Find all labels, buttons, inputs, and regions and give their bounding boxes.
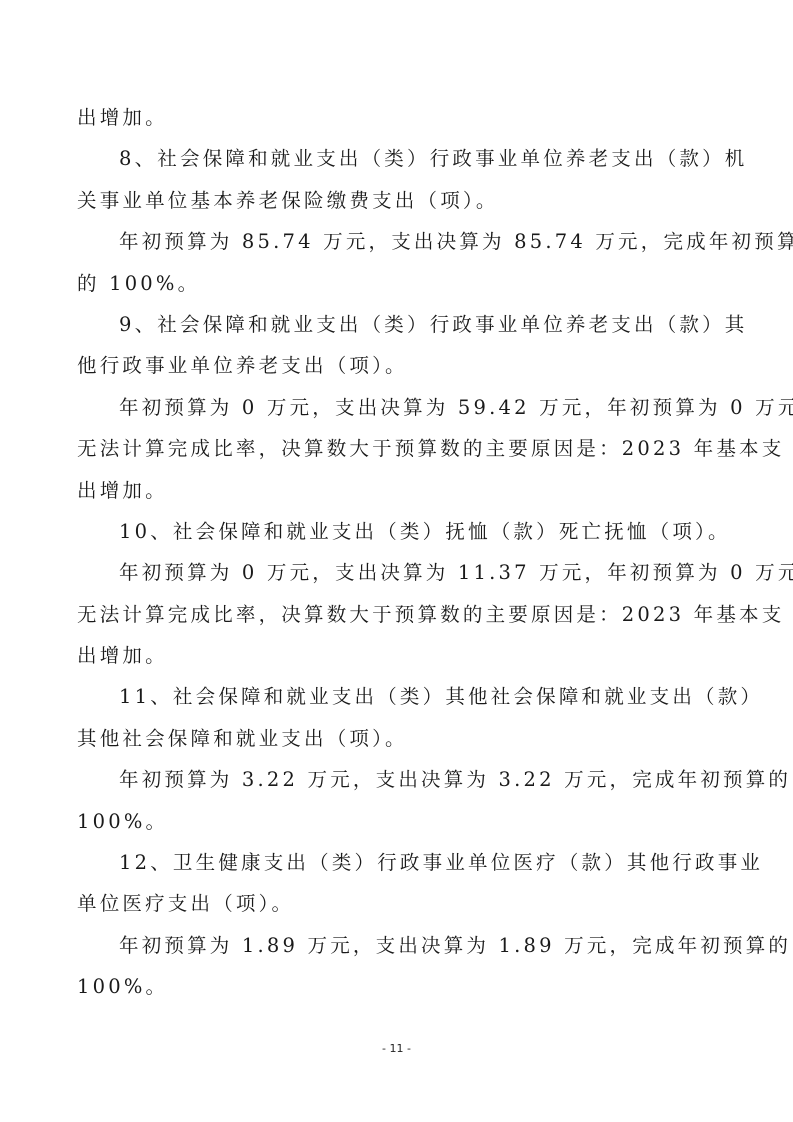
item-8-heading-cont: 关事业单位基本养老保险缴费支出（项）。 [77, 180, 719, 221]
item-9-heading-cont: 他行政事业单位养老支出（项）。 [77, 345, 719, 386]
page-number: - 11 - [0, 1042, 793, 1055]
item-10-body-cont-2: 出增加。 [77, 635, 719, 676]
item-10-body: 年初预算为 0 万元，支出决算为 11.37 万元，年初预算为 0 万元， [77, 552, 719, 593]
item-12-body: 年初预算为 1.89 万元，支出决算为 1.89 万元，完成年初预算的 [77, 925, 719, 966]
item-10-heading: 10、社会保障和就业支出（类）抚恤（款）死亡抚恤（项）。 [77, 511, 719, 552]
item-8-heading: 8、社会保障和就业支出（类）行政事业单位养老支出（款）机 [77, 138, 719, 179]
item-11-body: 年初预算为 3.22 万元，支出决算为 3.22 万元，完成年初预算的 [77, 759, 719, 800]
item-12-heading-cont: 单位医疗支出（项）。 [77, 883, 719, 924]
item-11-heading-cont: 其他社会保障和就业支出（项）。 [77, 718, 719, 759]
item-11-body-cont: 100%。 [77, 801, 719, 842]
item-9-body-cont-2: 出增加。 [77, 470, 719, 511]
item-11-heading: 11、社会保障和就业支出（类）其他社会保障和就业支出（款） [77, 676, 719, 717]
item-10-body-cont: 无法计算完成比率，决算数大于预算数的主要原因是：2023 年基本支 [77, 594, 719, 635]
item-9-body: 年初预算为 0 万元，支出决算为 59.42 万元，年初预算为 0 万元， [77, 387, 719, 428]
item-12-body-cont: 100%。 [77, 966, 719, 1007]
item-12-heading: 12、卫生健康支出（类）行政事业单位医疗（款）其他行政事业 [77, 842, 719, 883]
text-line: 出增加。 [77, 97, 719, 138]
item-9-body-cont: 无法计算完成比率，决算数大于预算数的主要原因是：2023 年基本支 [77, 428, 719, 469]
document-body: 出增加。 8、社会保障和就业支出（类）行政事业单位养老支出（款）机 关事业单位基… [77, 97, 719, 1008]
item-8-body-cont: 的 100%。 [77, 263, 719, 304]
item-9-heading: 9、社会保障和就业支出（类）行政事业单位养老支出（款）其 [77, 304, 719, 345]
item-8-body: 年初预算为 85.74 万元，支出决算为 85.74 万元，完成年初预算 [77, 221, 719, 262]
